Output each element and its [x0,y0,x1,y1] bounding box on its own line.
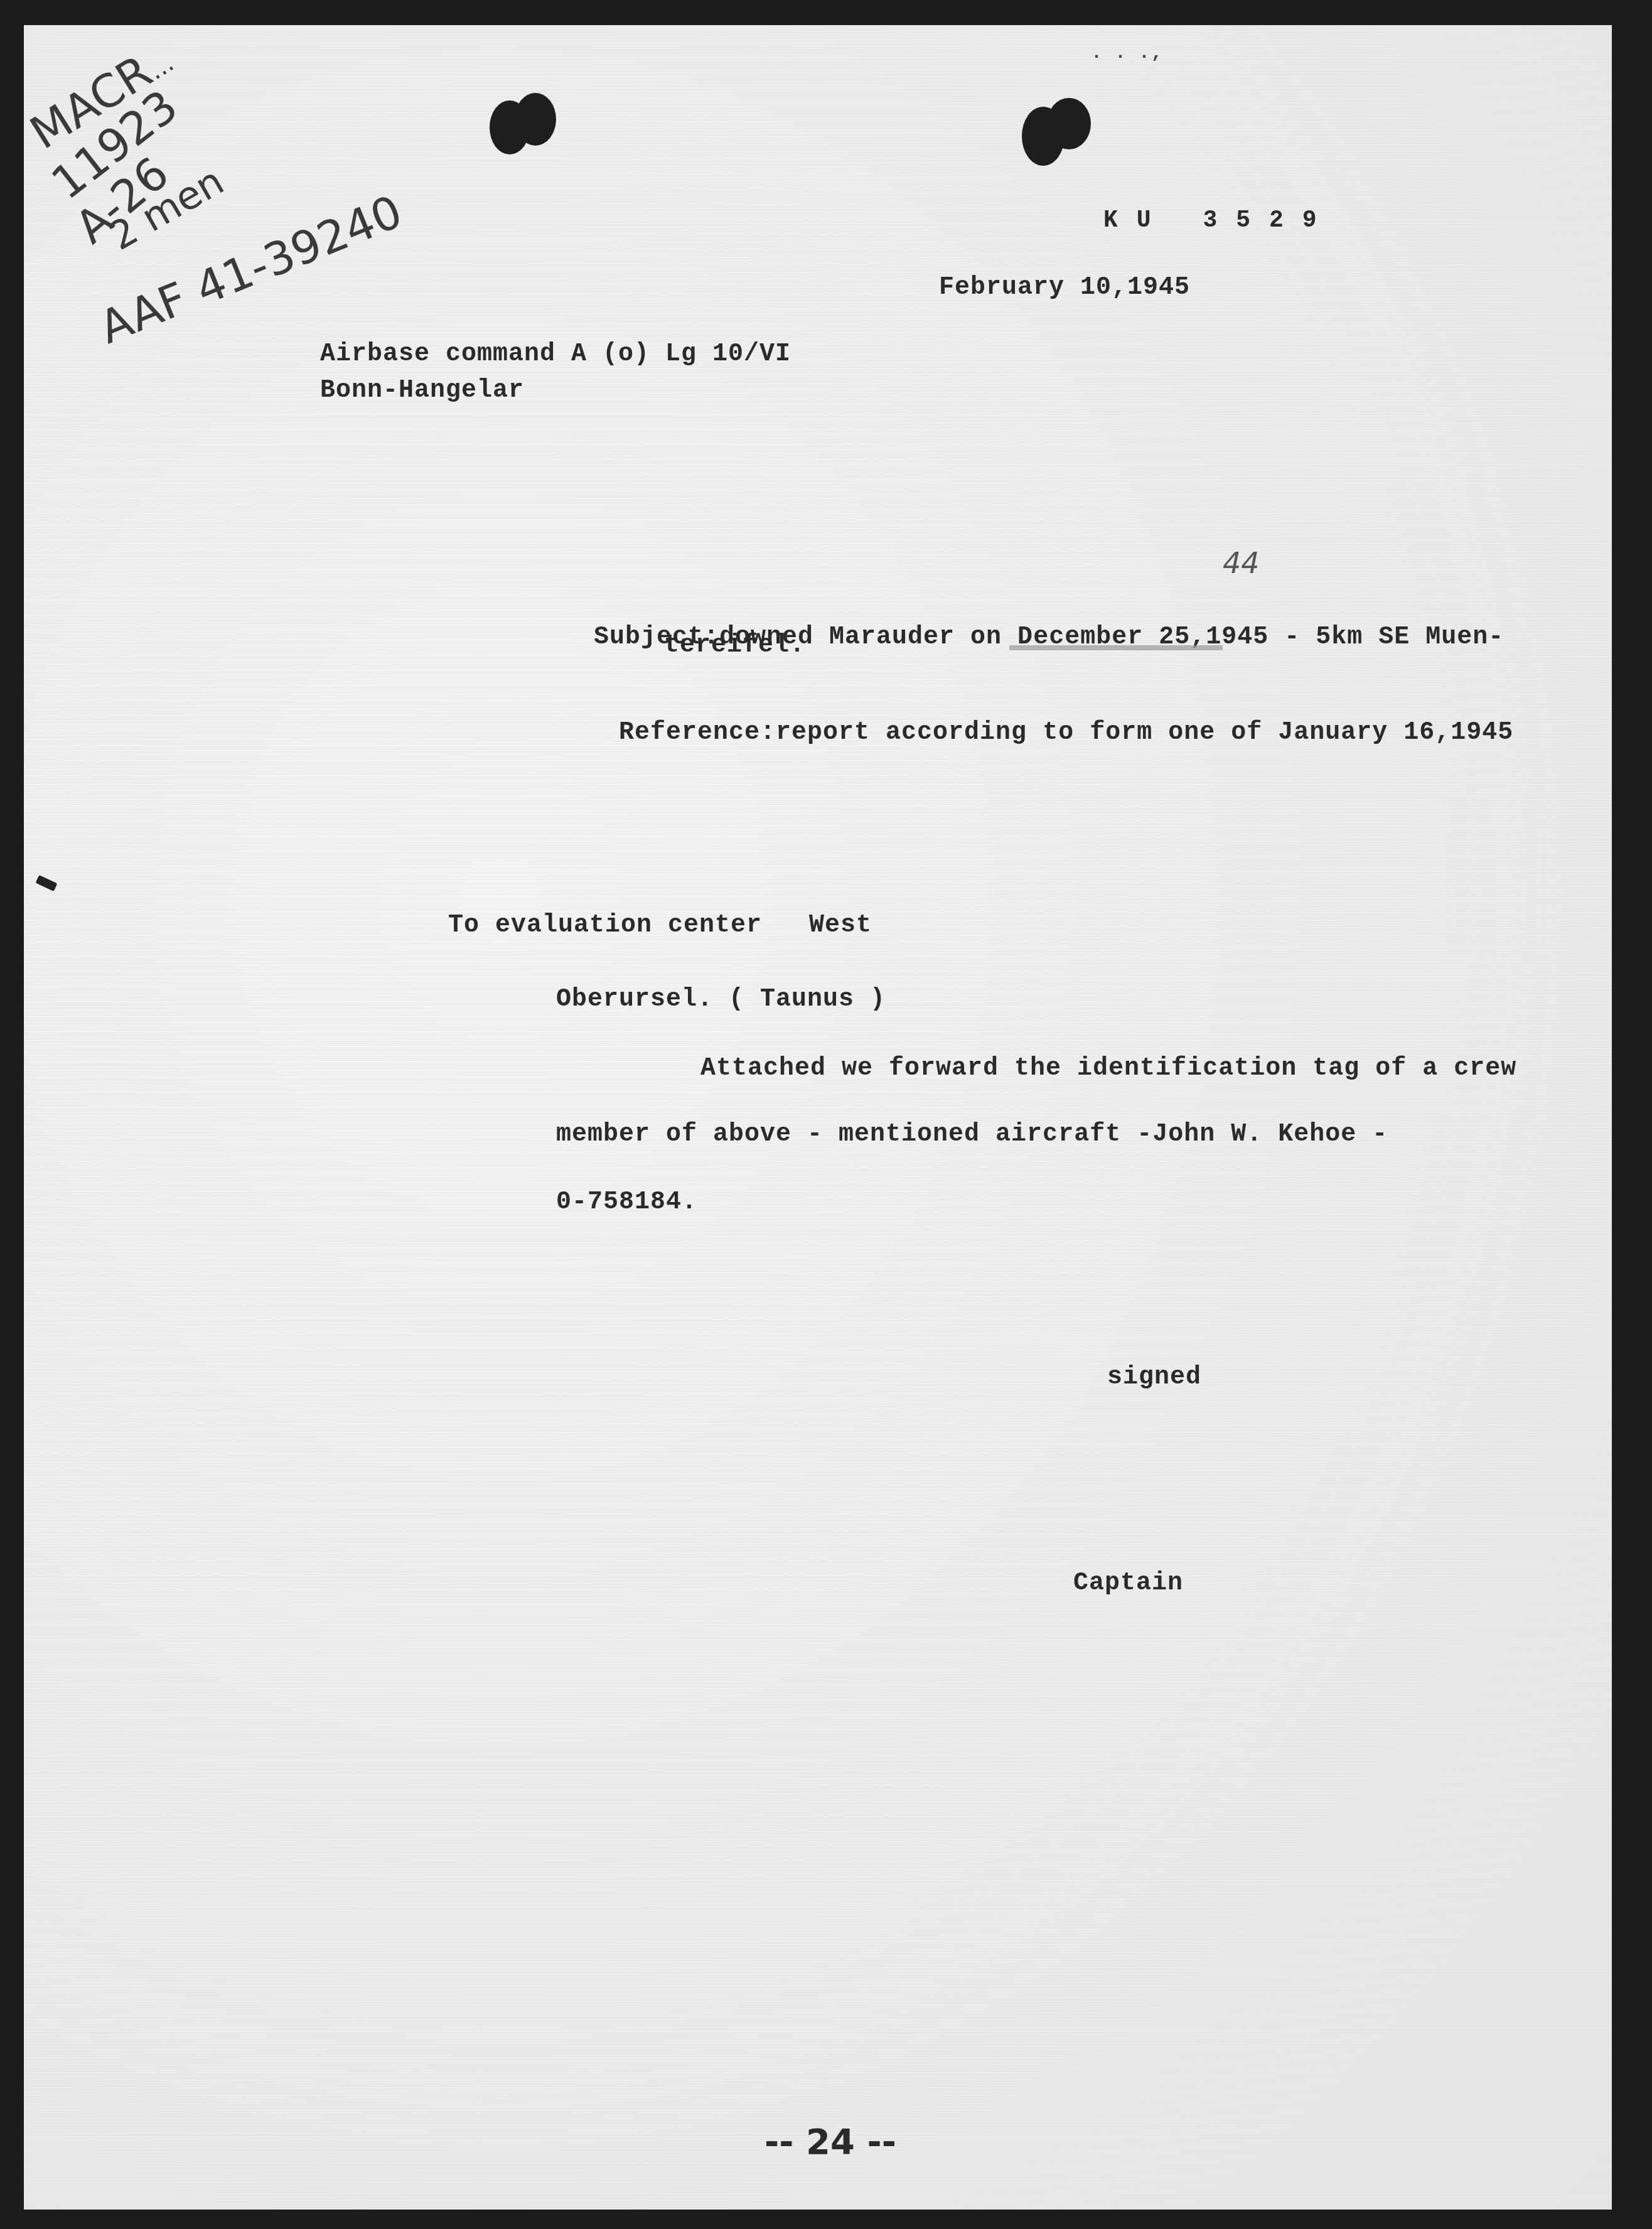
top-stray-marks: . . .‚ [1091,43,1162,64]
punch-hole-left-b [515,93,556,146]
subject-line-2: tereifel. [664,631,805,660]
sender-line-2: Bonn-Hangelar [320,377,524,405]
body-line-1: Attached we forward the identification t… [700,1055,1516,1083]
page-number-marker: -- 24 -- [764,2122,896,2162]
recipient-line-2: Oberursel. ( Taunus ) [556,986,886,1014]
body-line-3: 0-758184. [556,1188,697,1217]
recipient-line-1: To evaluation center West [448,911,872,940]
document-date: February 10,1945 [939,274,1190,302]
sender-line-1: Airbase command A (o) Lg 10/VI [320,340,791,368]
reference-line: Reference:report according to form one o… [556,690,1513,775]
body-line-2: member of above - mentioned aircraft -Jo… [556,1120,1388,1149]
reference-label: Reference: [619,719,776,747]
document-page: MACR... 11923 A-26 2 men AAF 41-39240 . … [24,25,1612,2210]
faint-underline-mark [1009,645,1223,650]
signature-rank: Captain [1073,1569,1183,1598]
punch-hole-right-b [1047,98,1091,149]
handwritten-year-correction: 44 [1223,546,1260,580]
margin-mark [36,875,58,891]
reference-text: report according to form one of January … [776,719,1513,747]
signature-signed: signed [1107,1363,1201,1392]
document-reference-code: KU 3529 [1103,207,1336,234]
